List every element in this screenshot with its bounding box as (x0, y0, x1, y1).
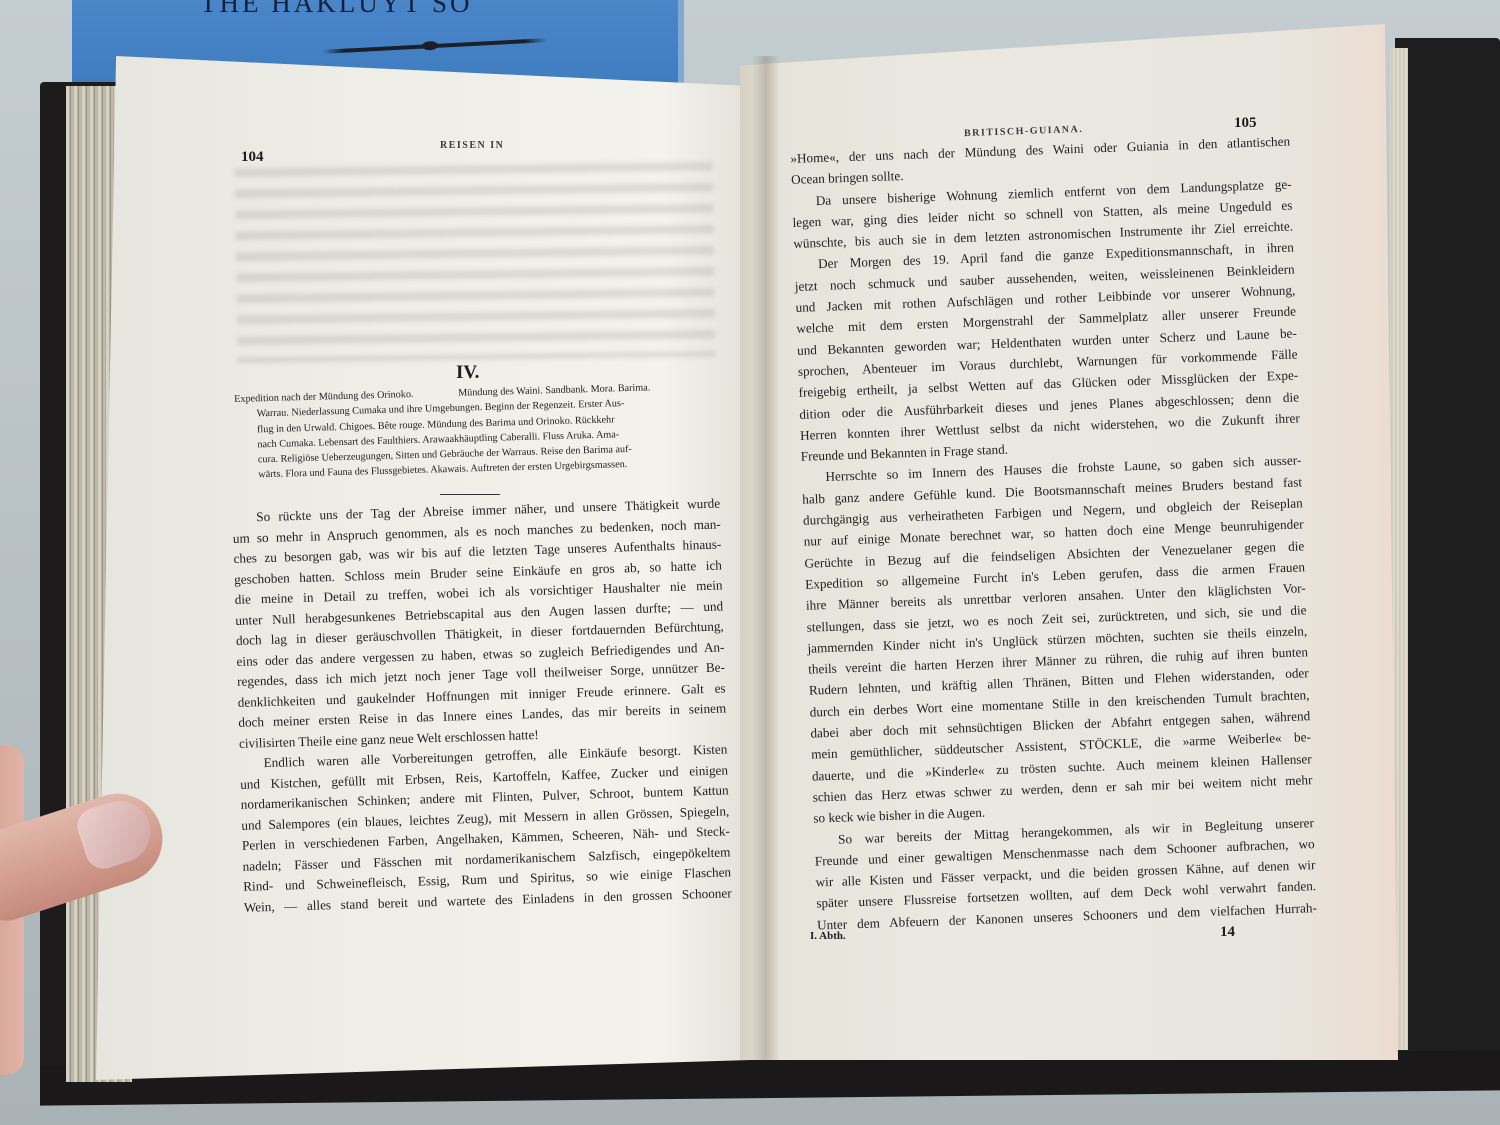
blurred-offset-text (235, 162, 716, 364)
ornament-flourish (322, 38, 547, 54)
book-cover-right (1395, 38, 1500, 1058)
left-page-number: 104 (241, 149, 264, 166)
chapter-summary: Mündung des Waini. Sandbank. Mora. Barim… (234, 379, 716, 484)
right-page-number: 105 (1234, 115, 1257, 132)
signature-number: 14 (1220, 924, 1235, 941)
signature-mark: I. Abth. (810, 930, 846, 942)
book-gutter (752, 56, 780, 1060)
background-book-title: THE HAKLUYT SO (200, 0, 473, 19)
left-running-head: REISEN IN (440, 140, 504, 151)
right-page-body: »Home«, der uns nach der Mündung des Wai… (790, 131, 1317, 936)
thumbnail (73, 793, 159, 874)
left-page-body: So rückte uns der Tag der Abreise immer … (232, 494, 732, 918)
section-divider (440, 494, 500, 495)
chapter-number: IV. (456, 362, 479, 384)
